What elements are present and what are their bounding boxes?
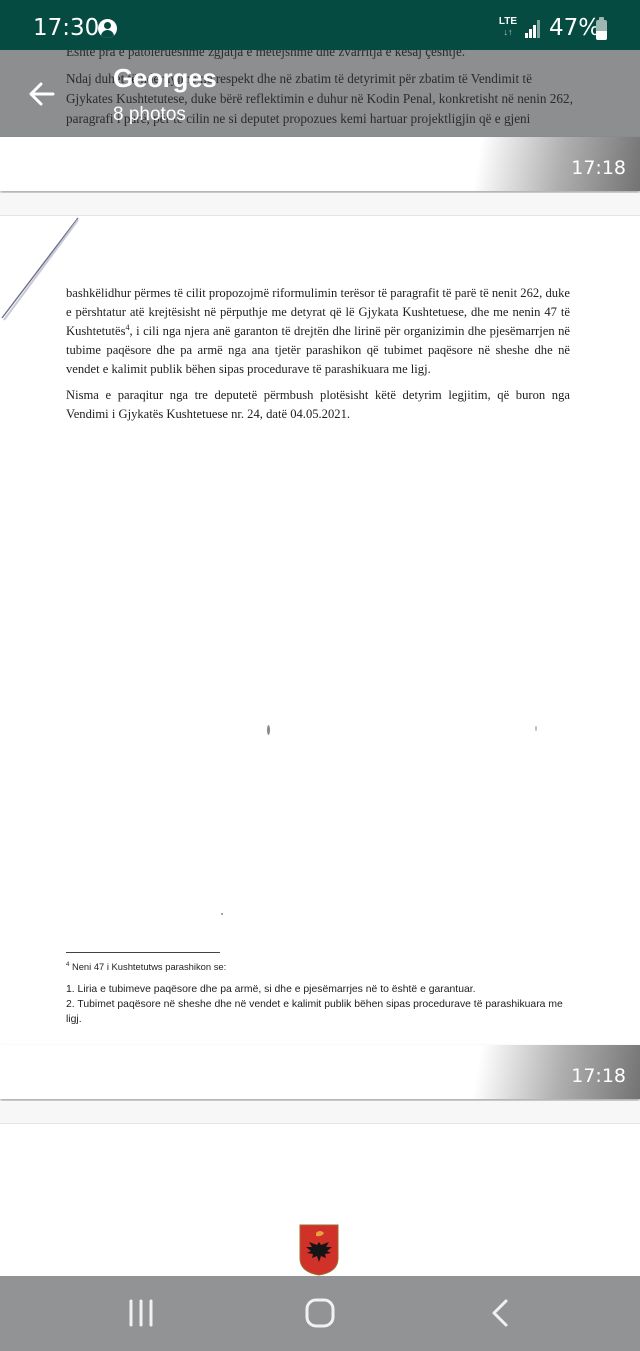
status-time: 17:30 [33,15,99,41]
footnote-heading: 4 Neni 47 i Kushtetutws parashikon se: [66,961,226,972]
footnote-item: 1. Liria e tubimeve paqësore dhe pa armë… [66,982,566,997]
footnote-item: 2. Tubimet paqësore në sheshe dhe në ven… [66,997,566,1027]
document-body: bashkëlidhur përmes të cilit propozojmë … [66,284,570,431]
arrow-left-icon [26,78,58,110]
document-paragraph: Nisma e paraqitur nga tre deputetë përmb… [66,386,570,424]
back-icon [474,1294,524,1332]
album-title: Georges [113,63,216,94]
photo-timestamp: 17:18 [571,157,626,179]
photo-count: 8 photos [113,104,186,126]
back-button[interactable] [26,78,58,110]
photo-timestamp: 17:18 [571,1065,626,1087]
profile-icon [98,19,117,38]
albanian-emblem-icon [299,1224,339,1276]
document-paragraph: bashkëlidhur përmes të cilit propozojmë … [66,284,570,379]
status-bar: 17:30 LTE↓↑ 47% [0,0,640,50]
system-back-button[interactable] [474,1294,524,1332]
header-photo-backdrop: Eshtë pra e patolerueshme zgjatja e mëte… [0,50,640,137]
footnote-list: 1. Liria e tubimeve paqësore dhe pa armë… [66,982,566,1027]
home-button[interactable] [295,1294,345,1332]
photo-item[interactable]: 17:18 [0,137,640,191]
photo-document-page[interactable]: bashkëlidhur përmes të cilit propozojmë … [0,216,640,1099]
background-doc-line: Eshtë pra e patolerueshme zgjatja e mëte… [66,50,465,60]
separator [0,1101,640,1124]
battery-icon [596,20,607,40]
footnote-divider [66,952,220,953]
photo-timestamp-overlay: 17:18 [0,1045,640,1099]
home-icon [295,1294,345,1332]
recent-apps-button[interactable] [116,1294,166,1332]
signal-icon [525,20,541,38]
battery-percent: 47% [549,15,600,41]
navigation-bar [0,1276,640,1351]
separator [0,193,640,216]
recent-apps-icon [116,1294,166,1332]
lte-icon: LTE↓↑ [498,17,518,37]
